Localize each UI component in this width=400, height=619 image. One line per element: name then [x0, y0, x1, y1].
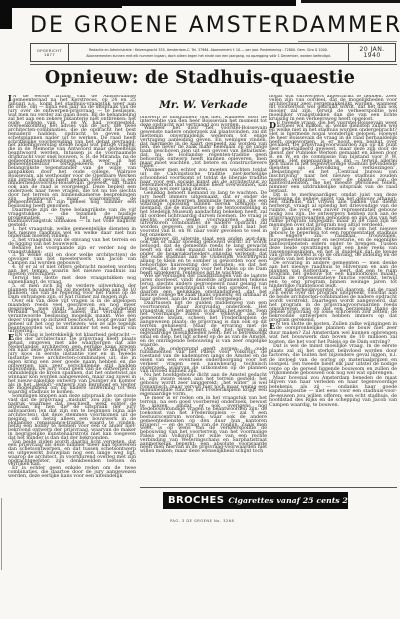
article-paragraph: Tegenover dit uiterste staat een ander: …	[140, 238, 267, 276]
masthead-info-box: OPGERICHT 1877 Redactie en Administratie…	[30, 43, 396, 62]
article-paragraph: 5. of men zich bij de verdere uitwerking…	[8, 285, 136, 300]
article-paragraph: Over elk van deze vijf vragen is in de a…	[8, 300, 136, 334]
article-paragraph: IN de eerste zitting van de Amsterdamse …	[8, 95, 136, 209]
article-paragraph: Het minderheidsvoorstel wil daarom, dat …	[269, 289, 397, 323]
article-author: Mr. W. Verkade	[140, 99, 267, 111]
article-paragraph: EN ten slotte de kosten. Zullen zulke wi…	[269, 323, 397, 346]
article-paragraph: Maar bovenal zou Amsterdam beneden de ma…	[269, 377, 397, 409]
scan-edge-artifact-top2	[10, 0, 122, 8]
drop-cap: E	[269, 323, 275, 330]
article-paragraph: nogal wat ontwerpers afgeschrikt te hebb…	[269, 95, 397, 122]
article-paragraph: Dat is wel de minst moeilijke vraag. In …	[269, 345, 397, 377]
founded-cell: OPGERICHT 1877	[31, 44, 69, 61]
article-paragraph: Dit is te merkwaardiger, omdat juist van…	[269, 194, 397, 228]
article-paragraph: Gelukkig behoeft niemand zo lang te wach…	[140, 192, 267, 238]
article-paragraph: Wanneer het door het voorstel-Boissevain…	[140, 127, 267, 169]
founded-year: 1877	[31, 53, 68, 58]
issue-date-year: 1940	[349, 53, 395, 59]
masthead-title: DE GROENE AMSTERDAMMER	[30, 13, 397, 38]
issue-date-cell: 20 JAN. 1940	[349, 44, 395, 61]
article-paragraph: Wie de verslagen der raadszittingen van …	[140, 275, 267, 302]
article-column-left: IN de eerste zitting van de Amsterdamse …	[8, 95, 136, 512]
scan-edge-artifact-topright	[301, 0, 400, 3]
ad-brand-name: BROCHES	[168, 495, 224, 506]
horizontal-rule-above-ad	[140, 487, 397, 488]
article-column-middle: ontwerp te misgunnen; ook niet, wanneer …	[140, 116, 267, 479]
drop-cap: I	[8, 95, 12, 102]
publisher-info-cell: Redactie en Administratie : Keizersgrach…	[69, 44, 349, 61]
article-paragraph: Ook de ondergrond geeft zorgen: de oude …	[140, 348, 267, 375]
publisher-info-line2: Abonnementen kunnen met elk nummer ingaa…	[73, 53, 344, 59]
article-paragraph: Daartussen ligt de gulden middenweg van …	[140, 302, 267, 348]
article-paragraph: De ervaring in andere gemeenten — men de…	[269, 262, 397, 289]
advertisement-banner: BROCHES Cigarettes vanaf 25 cents 20 stu…	[163, 492, 348, 509]
article-paragraph: Daarmede zijn de twee belangrijkste van …	[8, 209, 136, 228]
newspaper-page: DE GROENE AMSTERDAMMER OPGERICHT 1877 Re…	[0, 0, 400, 619]
article-paragraph: Sommigen knopen aan deze uitspraak de co…	[8, 395, 136, 441]
article-paragraph: DE tweede vraag, die het voorstel-Boisse…	[269, 122, 397, 194]
article-headline: Opnieuw: de Stadhuis-quaestie	[0, 68, 400, 88]
ad-tagline: Cigarettes vanaf 25 cents 20 stuks	[228, 496, 348, 505]
hairline-rule	[298, 41, 397, 42]
horizontal-rule	[30, 64, 397, 65]
drop-cap: D	[269, 122, 276, 129]
article-paragraph: EEN vraag is betrekkelijk tot klaarheid …	[8, 334, 136, 395]
scan-edge-artifact-corner	[0, 0, 12, 29]
article-column-right: nogal wat ontwerpers afgeschrikt te hebb…	[269, 95, 397, 479]
article-paragraph: Wanneer men echter zou moeten wachten to…	[140, 169, 267, 192]
scan-edge-artifact-left	[1, 498, 2, 570]
page-number-label: PAG. 3 DE GROENE No. 3268	[170, 519, 234, 523]
article-paragraph: Van beide zijden wordt daarbij licht ver…	[8, 441, 136, 468]
article-paragraph: Nu het hoofdgebouw dicht aan de Amstel g…	[140, 374, 267, 397]
publisher-info-line1: Redactie en Administratie : Keizersgrach…	[73, 47, 344, 53]
article-paragraph: Te meer is er reden om in het vraagstuk …	[140, 397, 267, 454]
article-paragraph: Er gaan anderzijds stemmen op om het nie…	[269, 228, 397, 262]
drop-cap: E	[8, 334, 14, 341]
article-paragraph: Er is echter geen enkele reden om de twe…	[8, 467, 136, 478]
